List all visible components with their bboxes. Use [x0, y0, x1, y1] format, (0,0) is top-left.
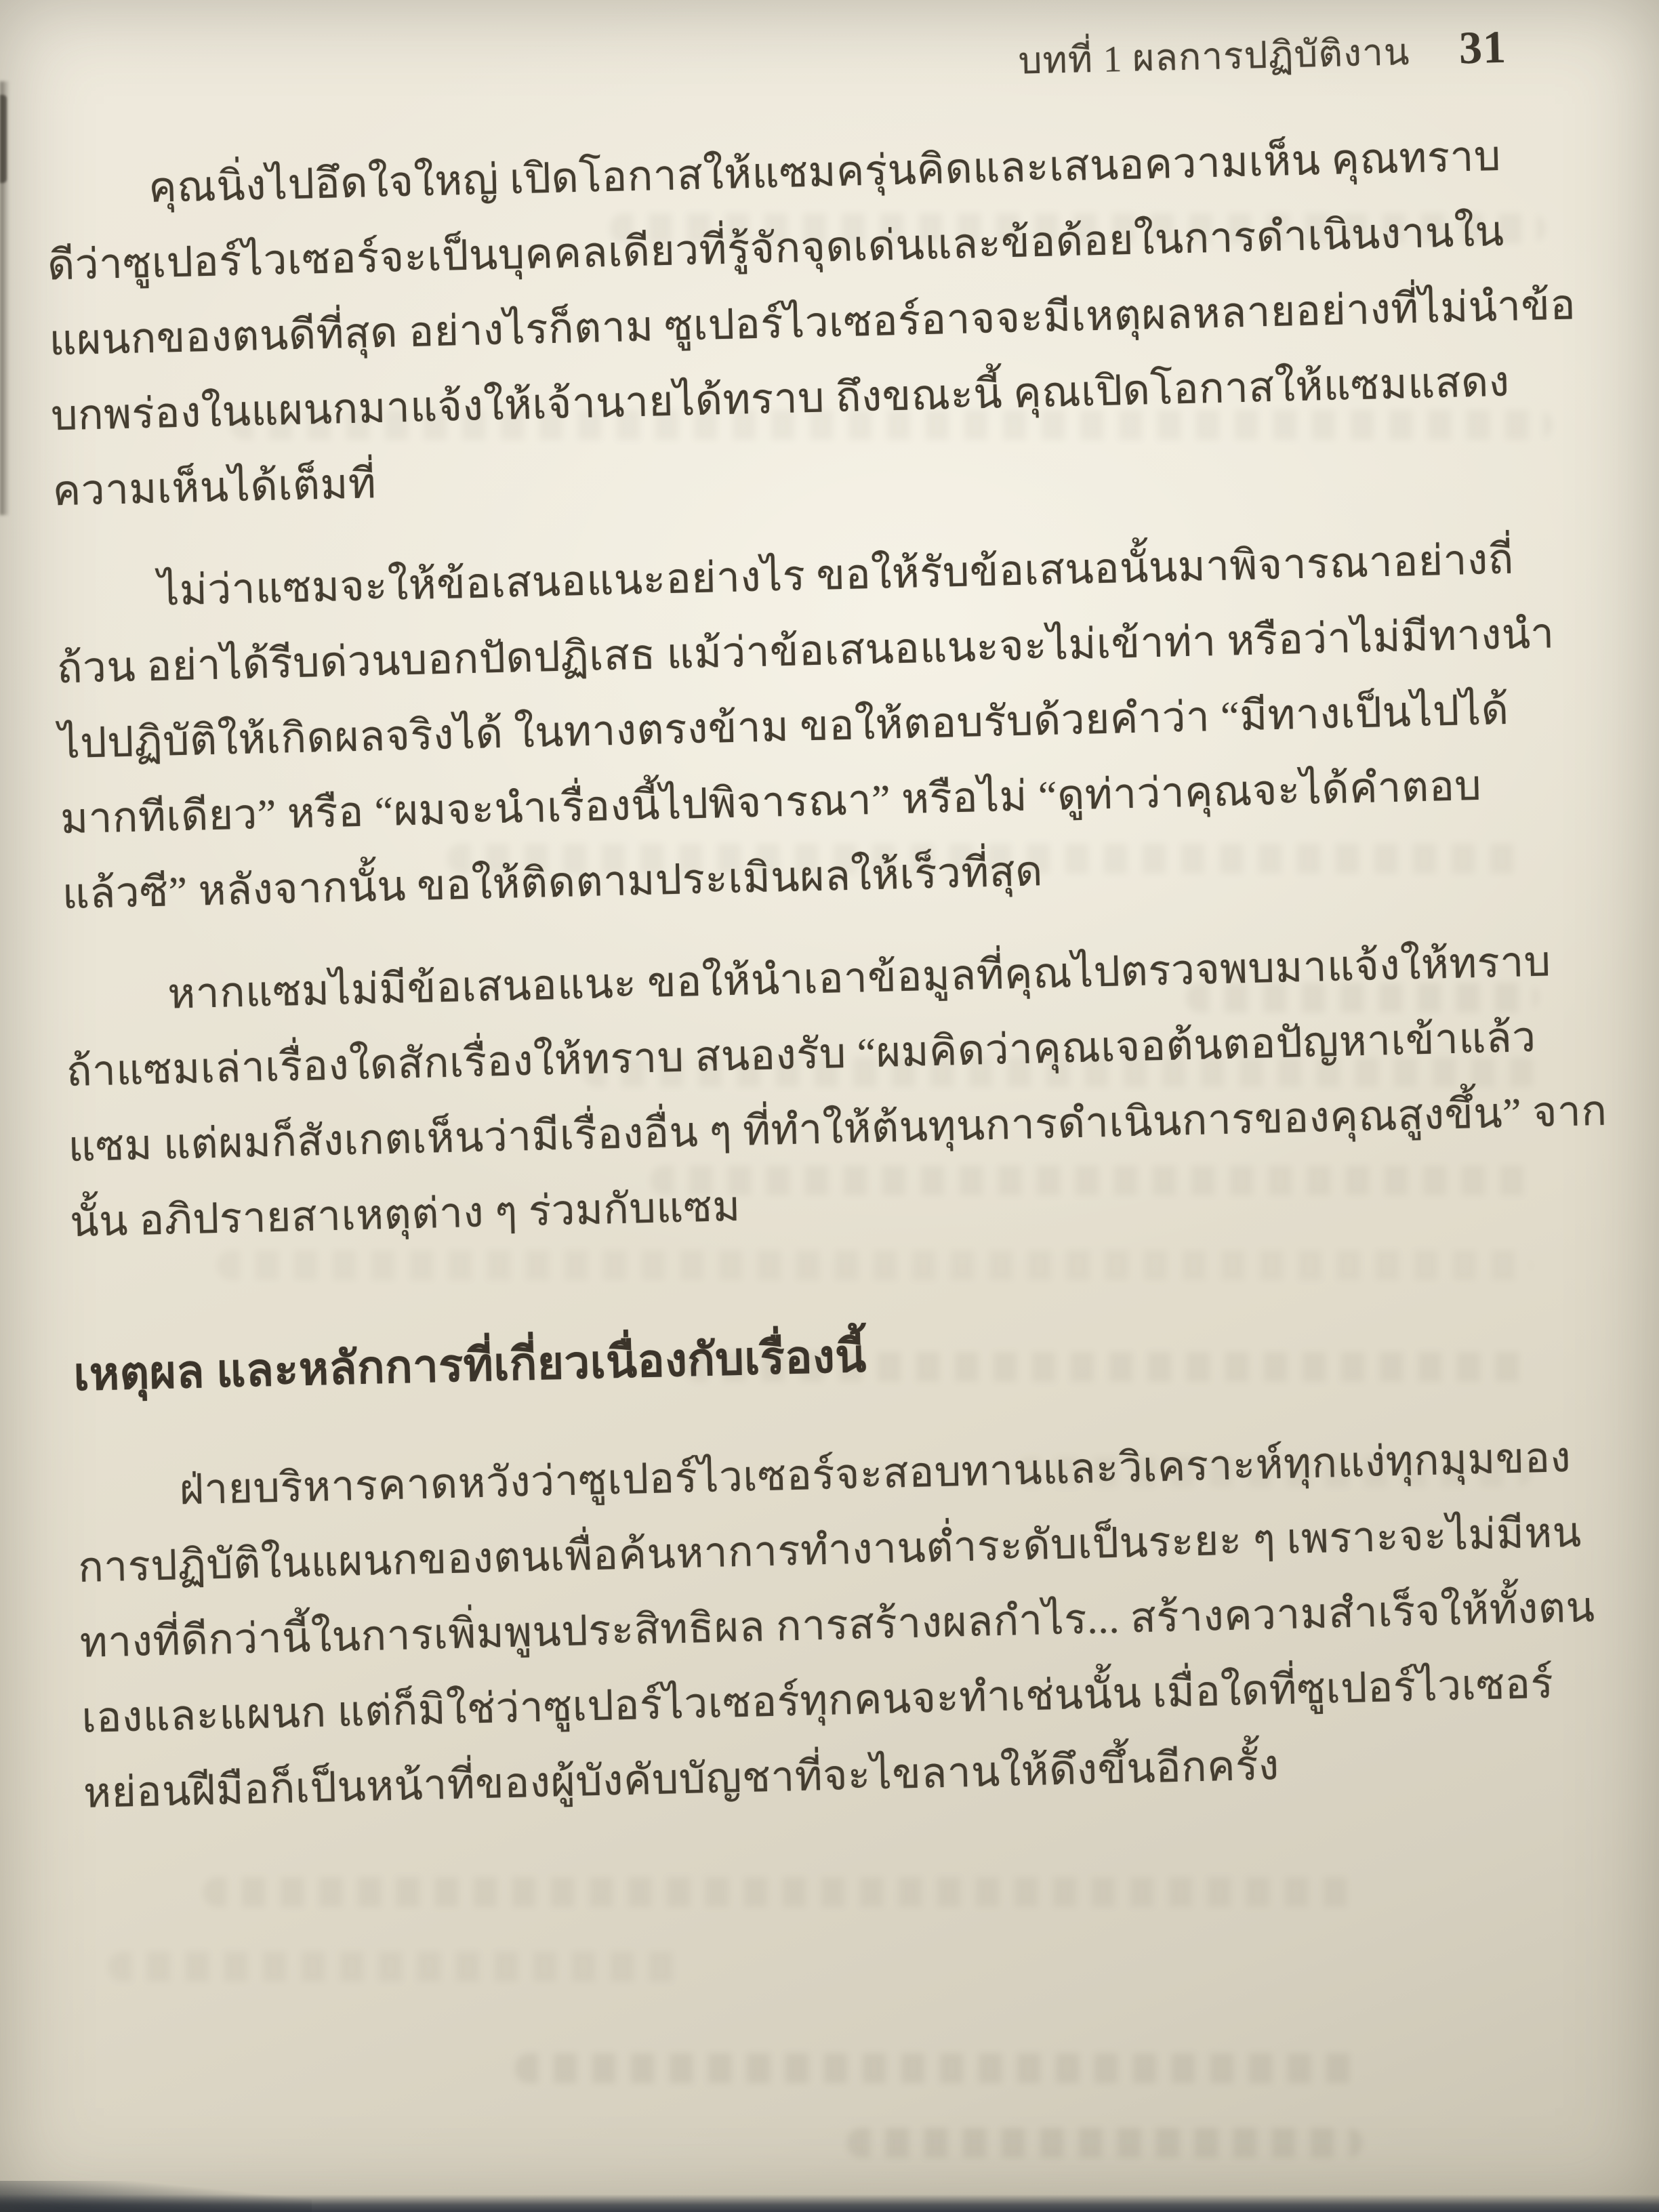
page-number: 31 — [1458, 20, 1507, 75]
paragraph-3: หากแซมไม่มีข้อเสนอแนะ ขอให้นำเอาข้อมูลที… — [64, 924, 1599, 1261]
paragraph-1: คุณนิ่งไปอึดใจใหญ่ เปิดโอกาสให้แซมครุ่นค… — [45, 117, 1582, 529]
photo-corner-bottom-left — [0, 2181, 312, 2212]
paragraph-2: ไม่ว่าแซมจะให้ข้อเสนอแนะอย่างไร ขอให้รับ… — [54, 520, 1591, 933]
book-page-photo: บทที่ 1 ผลการปฏิบัติงาน 31 คุณนิ่งไปอึดใ… — [0, 0, 1659, 2212]
chapter-title: บทที่ 1 ผลการปฏิบัติงาน — [1018, 31, 1410, 82]
running-header: บทที่ 1 ผลการปฏิบัติงาน 31 — [1018, 20, 1507, 91]
page-content: บทที่ 1 ผลการปฏิบัติงาน 31 คุณนิ่งไปอึดใ… — [42, 9, 1620, 2145]
show-through-smudge — [847, 2128, 1362, 2158]
section-heading: เหตุผล และหลักการที่เกี่ยวเนื่องกับเรื่อ… — [73, 1319, 867, 1410]
paragraph-4: ฝ่ายบริหารคาดหวังว่าซูเปอร์ไวเซอร์จะสอบท… — [75, 1420, 1612, 1832]
page-edge-shadow-left — [0, 81, 9, 515]
